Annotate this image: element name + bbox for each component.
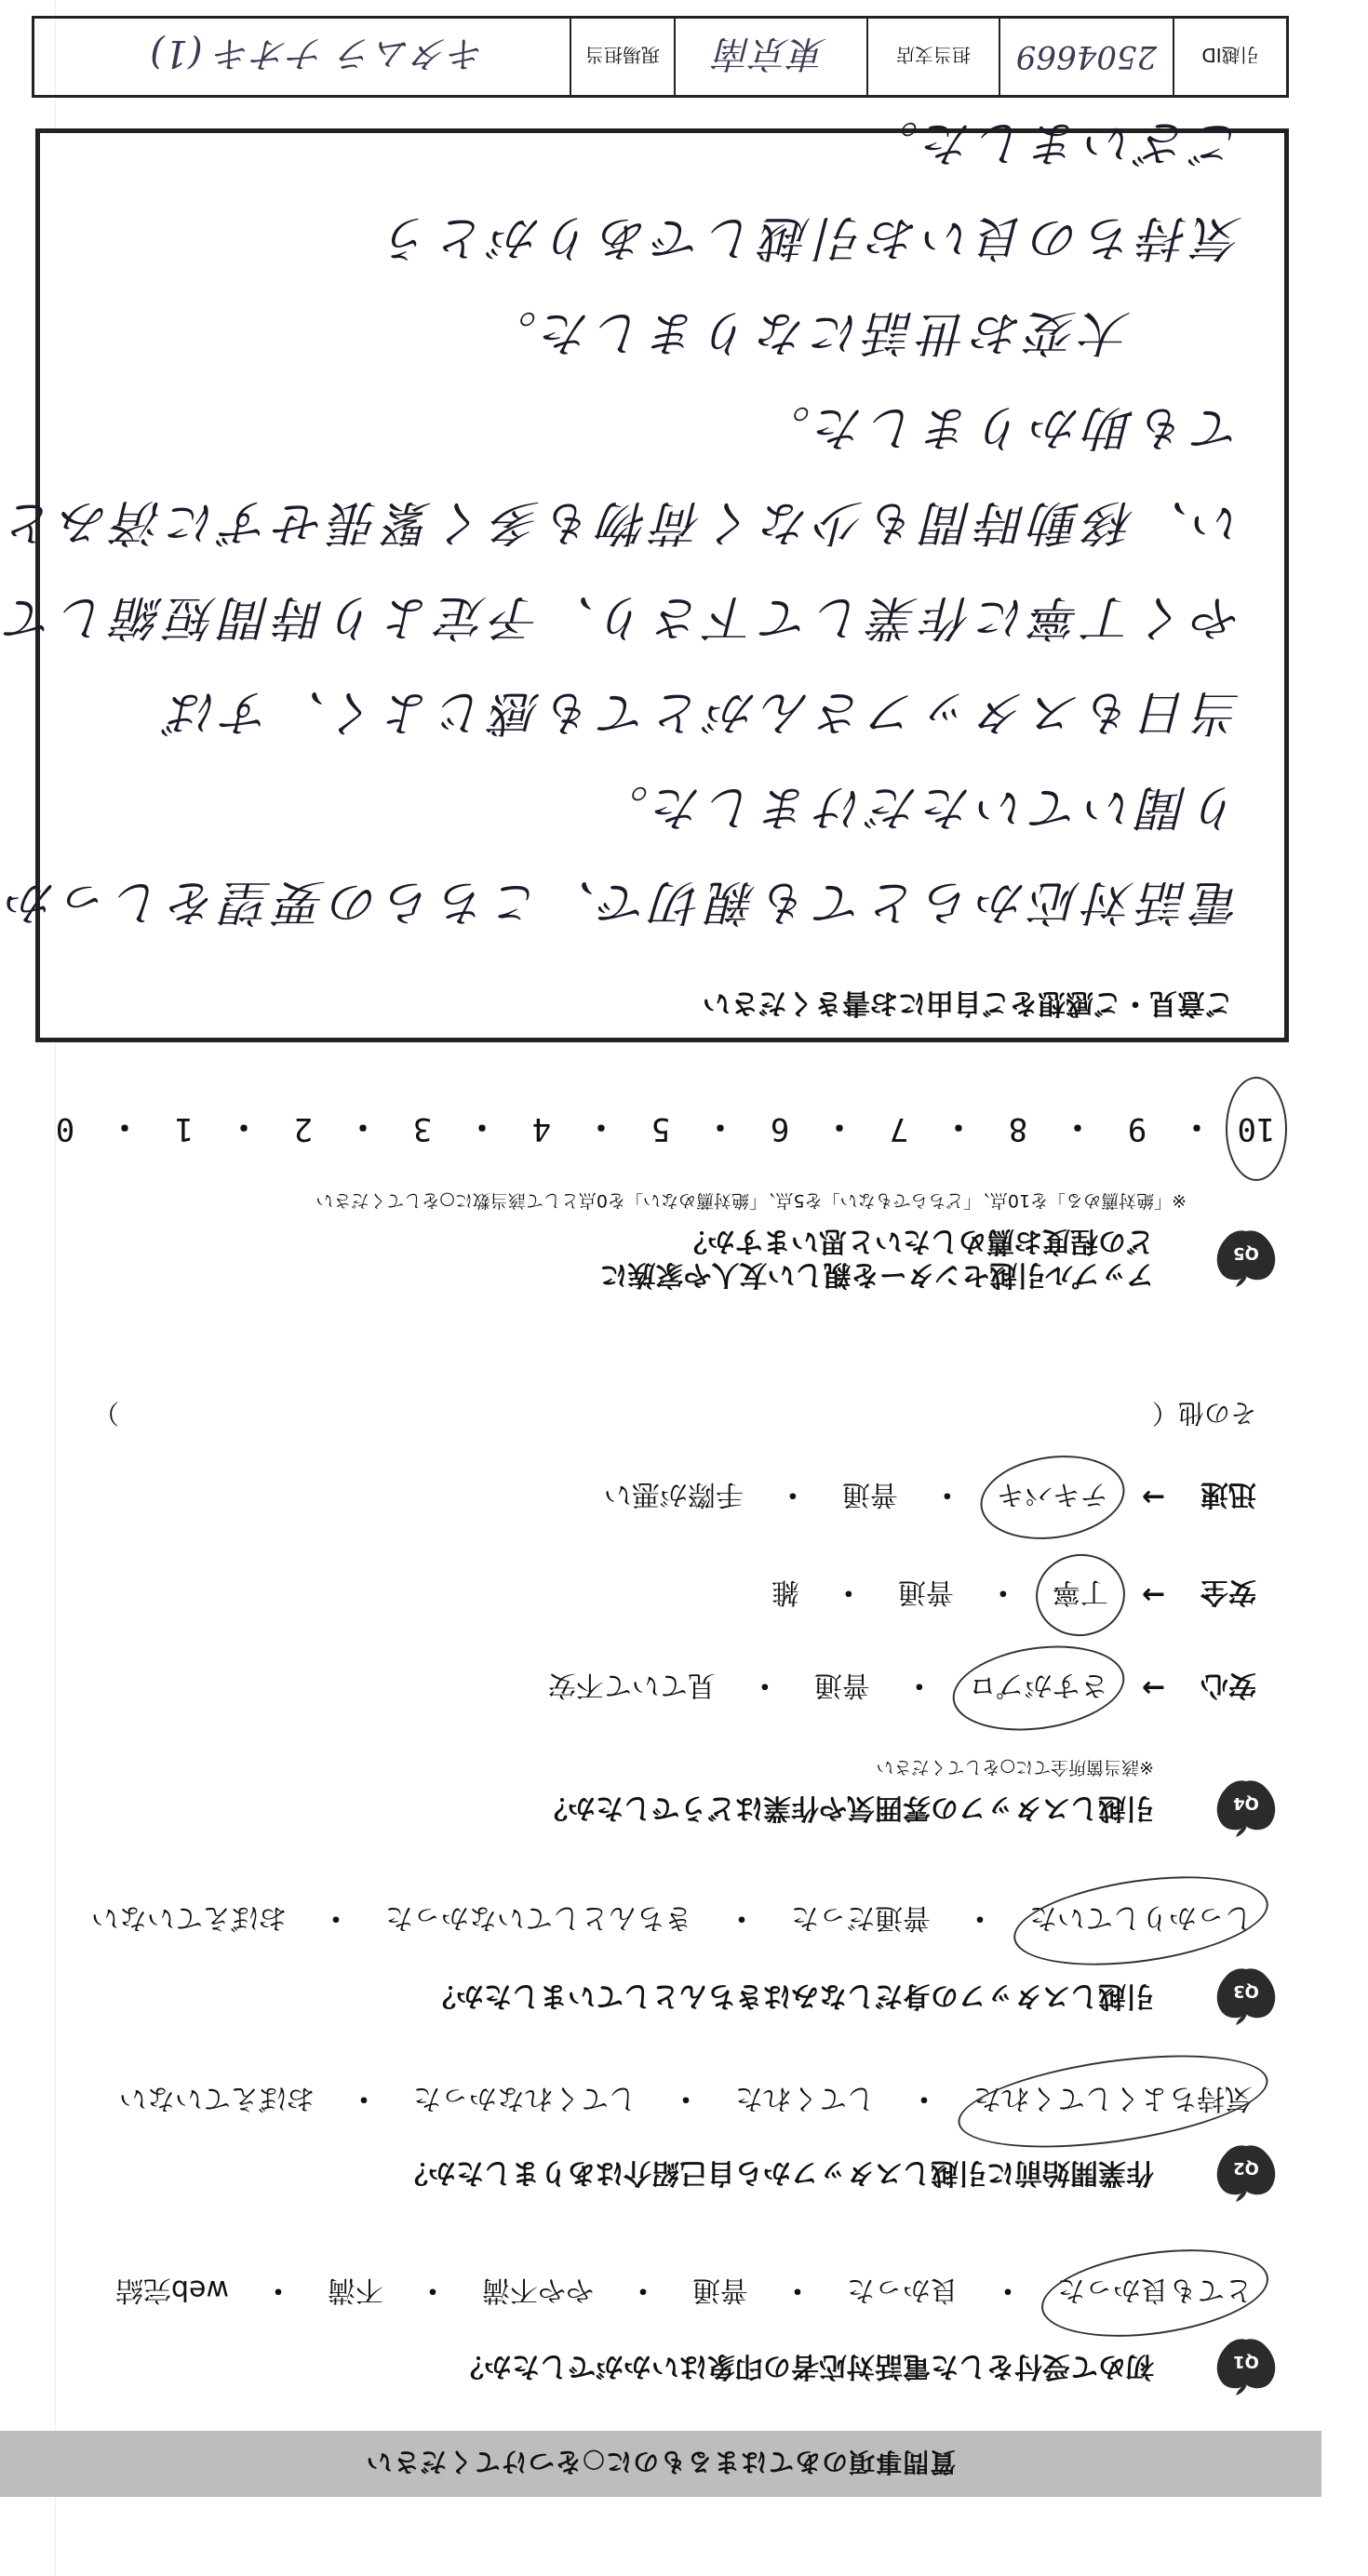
arrow-right-icon: → <box>1142 1672 1165 1705</box>
q3-option-dont-remember[interactable]: おぼえていない <box>87 1900 290 1941</box>
score-option-10[interactable]: 10 <box>1233 1111 1280 1148</box>
q1-option-good[interactable]: 良かった <box>843 2273 962 2314</box>
svg-text:Q5: Q5 <box>1233 1243 1259 1263</box>
q2-title: 作業開始前に引越しスタッフから自己紹介はありましたか？ <box>400 2153 1154 2191</box>
q4-note: ※該当箇所全てに○をしてください <box>877 1756 1155 1781</box>
svg-text:Q4: Q4 <box>1233 1793 1259 1813</box>
header-table: 引越ID 2504669 担当支店 東京南 現場担当 キタムラ ナオキ (1) <box>32 16 1289 98</box>
q4-anzen-option-careful[interactable]: 丁寧 <box>1049 1575 1112 1616</box>
comment-handwritten-text: 電話対応からとても親切で、こちらの要望をしっかり り聞いていただけました。 当日… <box>77 95 1242 949</box>
svg-text:Q1: Q1 <box>1233 2352 1259 2371</box>
q5-note: ※「絶対薦める」を10点、「どちらでもない」を5点、「絶対薦めない」を0点として… <box>315 1189 1187 1214</box>
q5-title-line2: どの程度お薦めしたいと思いますか？ <box>679 1222 1154 1259</box>
comment-line: ございました。 <box>77 95 1242 190</box>
q3-title: 引越しスタッフの身だしなみはきちんとしていましたか？ <box>428 1977 1154 2014</box>
q4-title: 引越しスタッフの雰囲気や作業はどうでしたか？ <box>540 1789 1154 1826</box>
score-option-3[interactable]: 3 <box>399 1111 446 1148</box>
branch-value: 東京南 <box>674 19 866 95</box>
svg-text:Q2: Q2 <box>1233 2158 1259 2178</box>
q4-anzen-option-normal[interactable]: 普通 <box>894 1575 958 1616</box>
q4-anshin-option-normal[interactable]: 普通 <box>811 1668 874 1709</box>
q4-other-row: その他 （ ） <box>93 1396 1256 1433</box>
arrow-right-icon: → <box>1142 1579 1165 1612</box>
q4-anshin-option-uneasy[interactable]: 見ていて不安 <box>544 1668 719 1709</box>
q3-options: しっかりしていた・ 普通だった・ きちんとしていなかった・ おぼえていない <box>87 1900 1256 1941</box>
staff-label: 現場担当 <box>570 19 674 95</box>
apple-badge-q2-icon: Q2 <box>1208 2124 1284 2204</box>
q4-category-label: 安全 <box>1182 1575 1256 1616</box>
score-option-5[interactable]: 5 <box>637 1111 684 1148</box>
comment-line: 電話対応からとても親切で、こちらの要望をしっかり <box>77 854 1242 949</box>
q4-category-label: 迅速 <box>1182 1477 1256 1518</box>
q4-other-close-paren: ） <box>93 1396 119 1433</box>
comment-line: い、移動時間も少なく荷物も多く緊張せずに済みとても <box>77 475 1242 570</box>
apple-badge-q1-icon: Q1 <box>1208 2317 1284 2397</box>
score-option-1[interactable]: 1 <box>161 1111 208 1148</box>
q4-anshin-option-pro[interactable]: さすがプロ <box>965 1668 1112 1709</box>
arrow-right-icon: → <box>1142 1482 1165 1514</box>
q4-jinsoku-option-clumsy[interactable]: 手際が悪い <box>600 1477 747 1518</box>
survey-form-page: 引越ID 2504669 担当支店 東京南 現場担当 キタムラ ナオキ (1) … <box>0 0 1368 2576</box>
q2-options: 気持ちよくしてくれた・ してくれた・ してくれなかった・ おぼえていない <box>115 2081 1256 2122</box>
q1-option-somewhat-dissatisfied[interactable]: やや不満 <box>478 2273 597 2314</box>
q3-option-not-neat[interactable]: きちんとしていなかった <box>382 1900 696 1941</box>
q4-other-open-paren: （ <box>1152 1396 1178 1433</box>
q1-option-normal[interactable]: 普通 <box>689 2273 752 2314</box>
q1-option-very-good[interactable]: とても良かった <box>1053 2273 1256 2314</box>
comment-line: ても助かりました。 <box>77 380 1242 475</box>
q2-option-yes[interactable]: してくれた <box>731 2081 878 2122</box>
q4-category-label: 安心 <box>1182 1668 1256 1709</box>
comment-line: やく丁寧に作業して下さり、予定より時間短縮して <box>77 570 1242 664</box>
comment-label: ご意見・ご感想をご自由にお書きください <box>703 986 1233 1026</box>
svg-text:Q3: Q3 <box>1233 1981 1259 2001</box>
q2-option-dont-remember[interactable]: おぼえていない <box>115 2081 318 2122</box>
q4-row-anshin: 安心 → さすがプロ・ 普通・ 見ていて不安 <box>544 1668 1256 1709</box>
q4-other-label: その他 <box>1178 1396 1256 1433</box>
apple-badge-q3-icon: Q3 <box>1208 1947 1284 2027</box>
score-option-6[interactable]: 6 <box>757 1111 803 1148</box>
move-id-label: 引越ID <box>1173 19 1286 95</box>
q5-title-line1: アップル引越センターを親しい友人や家族に <box>600 1255 1155 1293</box>
comment-line: 気持ちの良いお引越しでありがとう <box>77 190 1242 285</box>
q1-title: 初めて受付をした電話対応者の印象はいかがでしたか？ <box>456 2347 1154 2384</box>
apple-badge-q5-icon: Q5 <box>1208 1209 1284 1289</box>
q1-option-web[interactable]: web完結 <box>112 2273 233 2314</box>
comment-line: 大変お世話になりました。 <box>77 285 1242 380</box>
q3-option-neat[interactable]: しっかりしていた <box>1026 1900 1256 1941</box>
score-option-2[interactable]: 2 <box>280 1111 327 1148</box>
q1-options: とても良かった・ 良かった・ 普通・ やや不満・ 不満・ web完結 <box>112 2273 1256 2314</box>
q2-option-pleasantly[interactable]: 気持ちよくしてくれた <box>970 2081 1256 2122</box>
q1-option-dissatisfied[interactable]: 不満 <box>324 2273 387 2314</box>
score-option-4[interactable]: 4 <box>518 1111 565 1148</box>
apple-badge-q4-icon: Q4 <box>1208 1759 1284 1839</box>
comment-box[interactable]: ご意見・ご感想をご自由にお書きください 電話対応からとても親切で、こちらの要望を… <box>35 128 1289 1042</box>
score-option-7[interactable]: 7 <box>876 1111 922 1148</box>
comment-line: り聞いていただけました。 <box>77 759 1242 854</box>
q4-jinsoku-option-normal[interactable]: 普通 <box>838 1477 902 1518</box>
score-option-8[interactable]: 8 <box>995 1111 1041 1148</box>
q4-anzen-option-rough[interactable]: 雑 <box>768 1575 803 1616</box>
move-id-value: 2504669 <box>999 19 1173 95</box>
score-option-0[interactable]: 0 <box>42 1111 88 1148</box>
q2-option-no[interactable]: してくれなかった <box>409 2081 640 2122</box>
q4-jinsoku-option-efficient[interactable]: テキパキ <box>993 1477 1112 1518</box>
branch-label: 担当支店 <box>866 19 999 95</box>
q3-option-normal[interactable]: 普通だった <box>787 1900 934 1941</box>
q4-row-anzen: 安全 → 丁寧・ 普通・ 雑 <box>768 1575 1256 1616</box>
staff-value: キタムラ ナオキ (1) <box>34 19 570 95</box>
instruction-band: 質問事項のあてはまるものに○をつけてください <box>0 2431 1321 2497</box>
q5-score-scale: 10・ 9・ 8・ 7・ 6・ 5・ 4・ 3・ 2・ 1・ 0 <box>42 1107 1280 1152</box>
score-option-9[interactable]: 9 <box>1114 1111 1160 1148</box>
q4-other-field[interactable] <box>119 1396 1152 1433</box>
q4-row-jinsoku: 迅速 → テキパキ・ 普通・ 手際が悪い <box>600 1477 1256 1518</box>
comment-line: 当日もスタッフさんがとても感じよく、すば <box>77 664 1242 759</box>
